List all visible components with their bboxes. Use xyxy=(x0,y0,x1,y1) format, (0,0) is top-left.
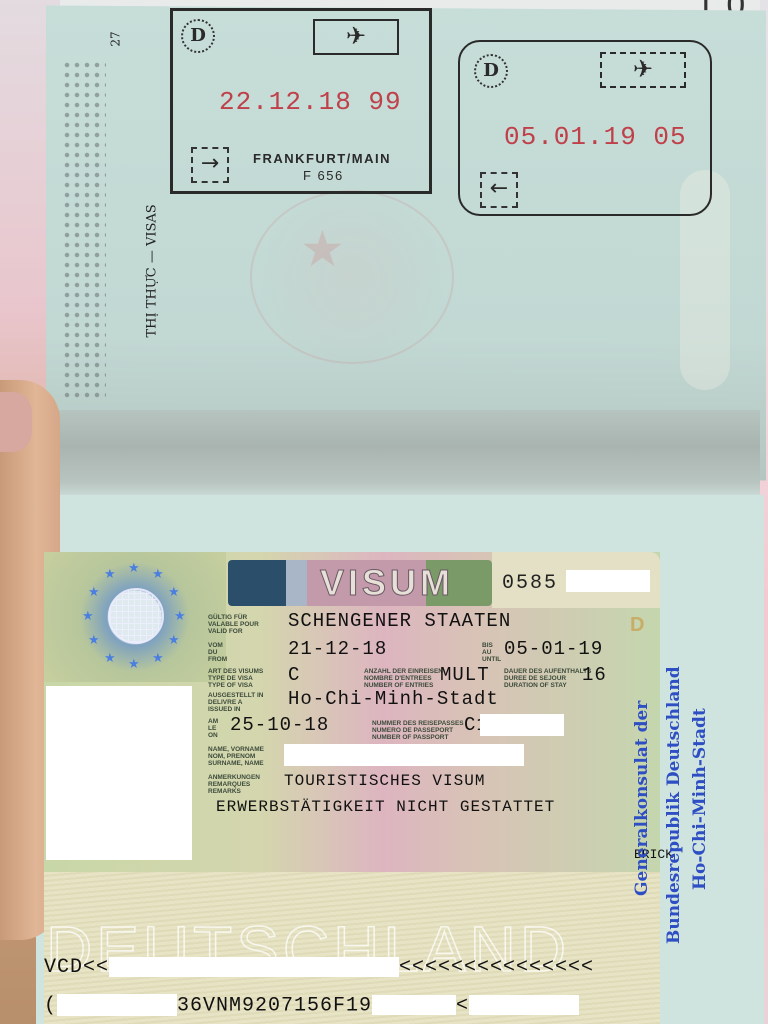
label-passport-number: NUMMER DES REISEPASSESNUMERO DE PASSEPOR… xyxy=(372,720,464,741)
vietnam-emblem-watermark xyxy=(250,190,454,364)
mrz-line2-mid: 36VNM9207156F19 xyxy=(177,994,372,1017)
arrow-left-icon: ← xyxy=(480,172,518,208)
label-valid-for: GÜLTIG FÜRVALABLE POURVALID FOR xyxy=(208,614,259,635)
country-mark: D xyxy=(630,614,644,637)
star-icon: ★ xyxy=(300,220,345,278)
visum-heading: VISUM xyxy=(228,560,492,606)
perforated-passport-number xyxy=(62,60,106,400)
redaction xyxy=(57,994,177,1016)
redaction xyxy=(566,570,650,592)
redaction-name xyxy=(284,744,524,766)
label-from: VOMDUFROM xyxy=(208,642,227,663)
value-until: 05-01-19 xyxy=(504,638,603,660)
value-from: 21-12-18 xyxy=(288,638,387,660)
redaction xyxy=(480,714,564,736)
consulate-stamp-line-1: Generalkonsulat der xyxy=(632,701,652,896)
country-code-badge: D xyxy=(181,19,215,53)
exit-stamp: D ✈ 05.01.19 05 ← xyxy=(458,40,712,216)
consulate-stamp-line-3: Ho-Chi-Minh-Stadt xyxy=(690,708,710,890)
arrow-right-icon: → xyxy=(191,147,229,183)
schengen-visa-sticker: ★★★ ★★★ ★★★ ★★★ VISUM 0585 D GÜLTIG FÜRV… xyxy=(44,552,660,1024)
page-number: 27 xyxy=(109,31,123,46)
value-remarks: TOURISTISCHES VISUM xyxy=(284,772,485,790)
visa-number: 0585 xyxy=(502,572,558,595)
thumbnail xyxy=(0,392,32,452)
stamp-place: FRANKFURT/MAIN xyxy=(253,151,391,166)
mrz-line1-end: <<<<<<<<<<<<<<< xyxy=(399,956,594,979)
label-number-of-entries: ANZAHL DER EINREISENNOMBRE D'ENTREESNUMB… xyxy=(364,668,443,689)
stamp-date: 22.12.18 99 xyxy=(219,87,402,117)
stamp-date: 05.01.19 05 xyxy=(504,122,687,152)
label-until: BISAUUNTIL xyxy=(482,642,501,663)
section-label: THỊ THỰC — VISAS xyxy=(145,138,160,338)
stamp-code: F 656 xyxy=(303,168,344,183)
value-duration-of-stay: 16 xyxy=(582,664,607,686)
mrz-line1-start: VCD<< xyxy=(44,956,109,979)
value-type-of-visa: C xyxy=(288,664,300,686)
label-remarks: ANMERKUNGENREMARQUESREMARKS xyxy=(208,774,260,795)
country-code-badge: D xyxy=(474,54,508,88)
mrz-line-2: (36VNM9207156F19< xyxy=(44,994,579,1017)
label-name: NAME, VORNAMENOM, PRENOMSURNAME, NAME xyxy=(208,746,264,767)
airplane-icon: ✈ xyxy=(600,52,686,88)
value-number-of-entries: MULT xyxy=(440,664,490,686)
mrz-line2-sep: < xyxy=(456,994,469,1017)
redaction xyxy=(372,995,456,1015)
airplane-icon: ✈ xyxy=(313,19,399,55)
redaction xyxy=(469,995,579,1015)
redaction xyxy=(109,957,399,977)
value-valid-for: SCHENGENER STAATEN xyxy=(288,610,511,632)
hologram: ★★★ ★★★ ★★★ ★★★ xyxy=(44,552,226,682)
visum-text: VISUM xyxy=(320,562,454,604)
entry-stamp: D ✈ 22.12.18 99 → FRANKFURT/MAIN F 656 xyxy=(170,8,432,194)
remark-line-2: ERWERBSTÄTIGKEIT NICHT GESTATTET xyxy=(216,798,555,816)
value-on: 25-10-18 xyxy=(230,714,329,736)
label-on: AMLEON xyxy=(208,718,218,739)
mrz-line-1: VCD<<<<<<<<<<<<<<<<< xyxy=(44,956,594,979)
passport-fold xyxy=(48,410,760,500)
consulate-stamp-line-2: Bundesrepublik Deutschland xyxy=(664,666,684,944)
label-issued-in: AUSGESTELLT INDELIVRE AISSUED IN xyxy=(208,692,264,713)
photo-redacted xyxy=(46,686,192,860)
mrz-line2-start: ( xyxy=(44,994,57,1017)
value-issued-in: Ho-Chi-Minh-Stadt xyxy=(288,688,499,710)
eu-stars-icon: ★★★ ★★★ ★★★ ★★★ xyxy=(84,560,184,670)
label-duration-of-stay: DAUER DES AUFENTHALTSDUREE DE SEJOURDURA… xyxy=(504,668,591,689)
label-type-of-visa: ART DES VISUMSTYPE DE VISATYPE OF VISA xyxy=(208,668,263,689)
